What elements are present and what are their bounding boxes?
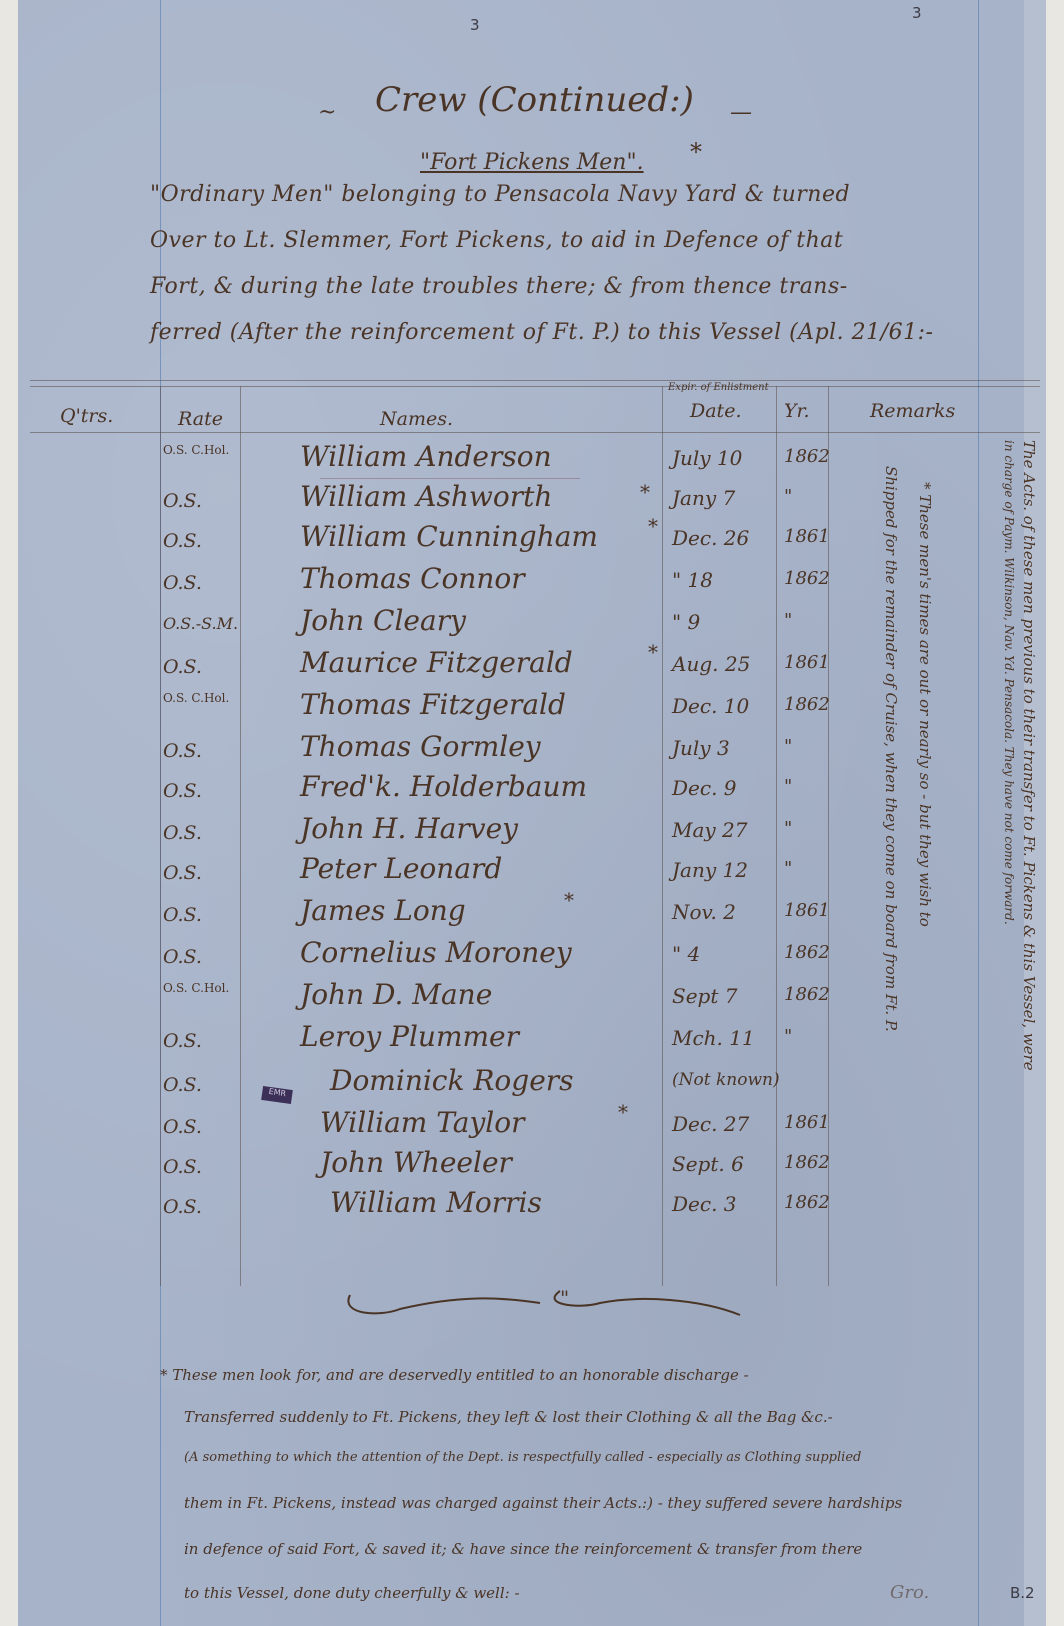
header-quarters: Q'trs.: [60, 405, 113, 427]
row-year: 1862: [784, 1152, 830, 1173]
row-name: William Taylor: [320, 1106, 524, 1139]
row-name: John H. Harvey: [300, 812, 518, 845]
table-row: O.S. Leroy Plummer Mch. 11 ": [0, 1020, 1064, 1058]
row-rate: O.S.: [163, 780, 202, 802]
row-name: Thomas Fitzgerald: [300, 688, 566, 721]
header-rate: Rate: [178, 408, 223, 430]
footnote-line-3: (A something to which the attention of t…: [184, 1450, 861, 1465]
intro-line-3: Fort, & during the late troubles there; …: [150, 274, 848, 299]
row-date: (Not known): [672, 1070, 780, 1090]
asterisk-mark: *: [640, 480, 650, 504]
row-name: Maurice Fitzgerald: [300, 646, 573, 679]
row-date: " 9: [672, 610, 700, 634]
row-rate: O.S.: [163, 862, 202, 884]
row-date: " 18: [672, 568, 713, 592]
ditto-mark: ": [560, 1286, 569, 1310]
row-rate: O.S.: [163, 572, 202, 594]
row-name: William Anderson: [300, 440, 552, 473]
corner-mark: B.2: [1010, 1584, 1035, 1602]
row-name: Thomas Connor: [300, 562, 525, 595]
row-year: 1862: [784, 446, 830, 467]
row-rate: O.S.: [163, 490, 202, 512]
row-date: Dec. 26: [672, 526, 749, 550]
row-year: ": [784, 858, 792, 879]
title-dash-right: —: [730, 100, 752, 125]
row-rate: O.S.: [163, 1156, 202, 1178]
footnote-line-1: * These men look for, and are deservedly…: [160, 1366, 749, 1384]
page-number-center: 3: [470, 16, 480, 34]
row-year: ": [784, 486, 792, 507]
row-date: Mch. 11: [672, 1026, 755, 1050]
remarks-line-4: Shipped for the remainder of Cruise, whe…: [882, 466, 900, 1032]
row-date: July 10: [672, 446, 742, 470]
header-names: Names.: [380, 408, 453, 430]
row-rate: O.S.-S.M.: [163, 614, 238, 633]
row-date: Sept 7: [672, 984, 737, 1008]
table-row: O.S. C.Hol. William Anderson July 10 186…: [0, 440, 1064, 478]
row-name: William Morris: [330, 1186, 542, 1219]
row-year: 1862: [784, 568, 830, 589]
row-year: 1862: [784, 1192, 830, 1213]
header-year: Yr.: [784, 400, 810, 422]
table-top-rule: [30, 380, 1040, 381]
remarks-line-1: The Acts. of these men previous to their…: [1020, 440, 1038, 1071]
intro-line-2: Over to Lt. Slemmer, Fort Pickens, to ai…: [150, 228, 843, 253]
row-name: Dominick Rogers: [330, 1064, 574, 1097]
footnote-line-5: in defence of said Fort, & saved it; & h…: [184, 1540, 862, 1558]
table-row: O.S. William Cunningham * Dec. 26 1861: [0, 520, 1064, 558]
row-rate: O.S. C.Hol.: [163, 692, 229, 705]
section-subtitle: "Fort Pickens Men".: [420, 150, 644, 175]
asterisk-mark: *: [618, 1100, 628, 1124]
table-row: O.S. Thomas Connor " 18 1862: [0, 562, 1064, 600]
intro-line-4: ferred (After the reinforcement of Ft. P…: [150, 320, 933, 345]
row-rate: O.S. C.Hol.: [163, 982, 229, 995]
row-rate: O.S.: [163, 904, 202, 926]
row-date: Dec. 27: [672, 1112, 749, 1136]
row-year: ": [784, 736, 792, 757]
row-rate: O.S.: [163, 656, 202, 678]
row-name: John Cleary: [300, 604, 466, 637]
row-date: Dec. 9: [672, 776, 737, 800]
footnote-line-4: them in Ft. Pickens, instead was charged…: [184, 1494, 902, 1512]
footnote-line-2: Transferred suddenly to Ft. Pickens, the…: [184, 1408, 833, 1426]
name-underline: [320, 478, 580, 479]
row-year: 1861: [784, 652, 830, 673]
page-title: Crew (Continued:): [375, 80, 694, 120]
row-year: ": [784, 818, 792, 839]
table-row: O.S. John Wheeler Sept. 6 1862: [0, 1146, 1064, 1184]
row-name: Thomas Gormley: [300, 730, 541, 763]
asterisk-mark: *: [648, 514, 658, 538]
row-year: ": [784, 1026, 792, 1047]
row-rate: O.S.: [163, 1116, 202, 1138]
row-year: ": [784, 776, 792, 797]
row-rate: O.S.: [163, 1196, 202, 1218]
table-row: O.S. C.Hol. Thomas Fitzgerald Dec. 10 18…: [0, 688, 1064, 726]
row-date: Jany 12: [672, 858, 748, 882]
row-name: John D. Mane: [300, 978, 492, 1011]
header-remarks: Remarks: [870, 400, 955, 422]
table-row: O.S.-S.M. John Cleary " 9 ": [0, 604, 1064, 642]
table-row: O.S. William Ashworth * Jany 7 ": [0, 480, 1064, 518]
row-year: 1862: [784, 984, 830, 1005]
row-year: 1861: [784, 526, 830, 547]
row-date: Dec. 10: [672, 694, 749, 718]
row-rate: O.S.: [163, 740, 202, 762]
table-row: O.S. James Long * Nov. 2 1861: [0, 894, 1064, 932]
remarks-line-2: in charge of Paym. Wilkinson, Nav. Yd. P…: [1002, 440, 1016, 925]
row-name: Peter Leonard: [300, 852, 502, 885]
row-date: Aug. 25: [672, 652, 750, 676]
row-year: 1861: [784, 1112, 830, 1133]
header-date: Date.: [690, 400, 741, 422]
asterisk-mark: *: [564, 888, 574, 912]
row-date: " 4: [672, 942, 700, 966]
row-year: 1861: [784, 900, 830, 921]
row-date: Dec. 3: [672, 1192, 737, 1216]
row-date: Jany 7: [672, 486, 735, 510]
row-date: Sept. 6: [672, 1152, 744, 1176]
row-date: Nov. 2: [672, 900, 736, 924]
row-rate: O.S.: [163, 530, 202, 552]
row-name: John Wheeler: [320, 1146, 512, 1179]
row-year: ": [784, 610, 792, 631]
row-rate: O.S.: [163, 946, 202, 968]
row-rate: O.S. C.Hol.: [163, 444, 229, 457]
subtitle-asterisk: *: [690, 138, 702, 166]
table-row: O.S. John H. Harvey May 27 ": [0, 812, 1064, 850]
table-row: O.S. C.Hol. John D. Mane Sept 7 1862: [0, 978, 1064, 1016]
table-row: O.S. Cornelius Moroney " 4 1862: [0, 936, 1064, 974]
remarks-line-3: * These men's times are out or nearly so…: [916, 482, 934, 927]
table-row: O.S. William Morris Dec. 3 1862: [0, 1186, 1064, 1224]
page-number-right: 3: [912, 4, 922, 22]
table-row: O.S. Peter Leonard Jany 12 ": [0, 852, 1064, 890]
table-row: O.S. Maurice Fitzgerald * Aug. 25 1861: [0, 646, 1064, 684]
row-rate: O.S.: [163, 1074, 202, 1096]
table-row: O.S. Fred'k. Holderbaum Dec. 9 ": [0, 770, 1064, 808]
row-name: Leroy Plummer: [300, 1020, 519, 1053]
asterisk-mark: *: [648, 640, 658, 664]
header-bottom-rule: [30, 432, 1040, 433]
row-name: Cornelius Moroney: [300, 936, 572, 969]
row-name: James Long: [300, 894, 466, 927]
row-date: May 27: [672, 818, 748, 842]
row-year: 1862: [784, 694, 830, 715]
table-row: O.S. William Taylor * Dec. 27 1861: [0, 1106, 1064, 1144]
row-name: William Ashworth: [300, 480, 552, 513]
footnote-line-6: to this Vessel, done duty cheerfully & w…: [184, 1584, 520, 1602]
row-name: William Cunningham: [300, 520, 598, 553]
table-row: O.S. Dominick Rogers (Not known): [0, 1064, 1064, 1102]
row-year: 1862: [784, 942, 830, 963]
header-expiry-caption: Expir. of Enlistment: [668, 382, 769, 393]
row-rate: O.S.: [163, 822, 202, 844]
title-dash-left: ~: [318, 100, 336, 125]
table-top-rule-2: [30, 386, 1040, 387]
row-date: July 3: [672, 736, 730, 760]
closing-flourish-icon: [340, 1285, 760, 1325]
signature-initial: Gro.: [890, 1582, 929, 1603]
row-rate: O.S.: [163, 1030, 202, 1052]
row-name: Fred'k. Holderbaum: [300, 770, 587, 803]
intro-line-1: "Ordinary Men" belonging to Pensacola Na…: [150, 182, 850, 207]
table-row: O.S. Thomas Gormley July 3 ": [0, 730, 1064, 768]
